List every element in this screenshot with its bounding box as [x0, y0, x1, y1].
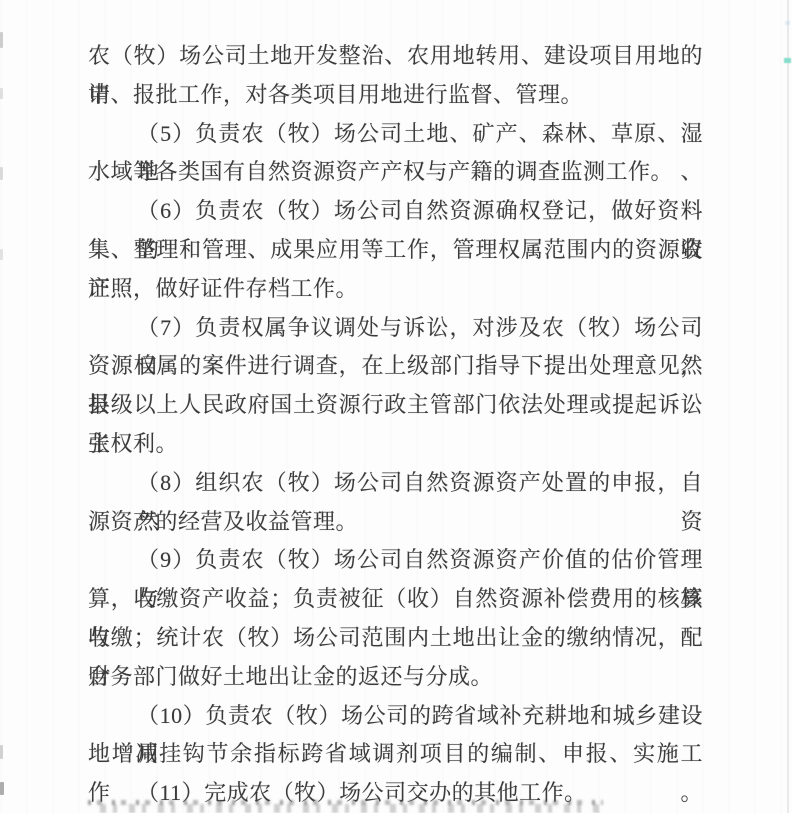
text-line-12: （8）组织农（牧）场公司自然资源资产处置的申报，自然资: [88, 464, 703, 503]
text-line-4: 水域等各类国有自然资源资产产权与产籍的调查监测工作。: [88, 153, 703, 192]
text-line-19: 地增减挂钩节余指标跨省域调剂项目的编制、申报、实施工作。: [88, 735, 703, 774]
left-edge-speck: [0, 745, 3, 759]
left-edge-speck: [0, 167, 3, 180]
text-line-17: 财务部门做好土地出让金的返还与分成。: [88, 658, 703, 697]
text-line-8: （7）负责权属争议调处与诉讼，对涉及农（牧）场公司自然: [88, 309, 703, 348]
teal-scan-mark: [784, 58, 791, 63]
document-page: 农（牧）场公司土地开发整治、农用地转用、建设项目用地的申 请、报批工作，对各类项…: [0, 0, 792, 813]
document-text-block: 农（牧）场公司土地开发整治、农用地转用、建设项目用地的申 请、报批工作，对各类项…: [88, 37, 703, 813]
text-line-10: 县级以上人民政府国土资源行政主管部门依法处理或提起诉讼主: [88, 386, 703, 425]
blue-scan-mark: [785, 21, 790, 25]
text-line-16: 收缴；统计农（牧）场公司范围内土地出让金的缴纳情况，配合: [88, 619, 703, 658]
text-line-2: 请、报批工作，对各类项目用地进行监督、管理。: [88, 76, 703, 115]
text-line-11: 张权利。: [88, 425, 703, 464]
text-line-9: 资源权属的案件进行调查，在上级部门指导下提出处理意见，报: [88, 347, 703, 386]
text-line-18: （10）负责农（牧）场公司的跨省域补充耕地和城乡建设用: [88, 697, 703, 736]
cutoff-next-line-artifact: [88, 799, 603, 813]
left-edge-speck: [0, 249, 3, 260]
page-edge-line: [787, 0, 789, 813]
text-line-6: 集、整理和管理、成果应用等工作，管理权属范围内的资源资产: [88, 231, 703, 270]
text-line-15: 算，收缴资产收益；负责被征（收）自然资源补偿费用的核算与: [88, 580, 703, 619]
left-edge-speck: [0, 32, 3, 48]
text-line-14: （9）负责农（牧）场公司自然资源资产价值的估价管理与核: [88, 541, 703, 580]
text-line-7: 证照，做好证件存档工作。: [88, 270, 703, 309]
text-line-5: （6）负责农（牧）场公司自然资源确权登记，做好资料的收: [88, 192, 703, 231]
text-line-1: 农（牧）场公司土地开发整治、农用地转用、建设项目用地的申: [88, 37, 703, 76]
text-line-3: （5）负责农（牧）场公司土地、矿产、森林、草原、湿地、: [88, 115, 703, 154]
left-edge-speck: [0, 88, 3, 99]
left-edge-speck: [0, 782, 4, 795]
